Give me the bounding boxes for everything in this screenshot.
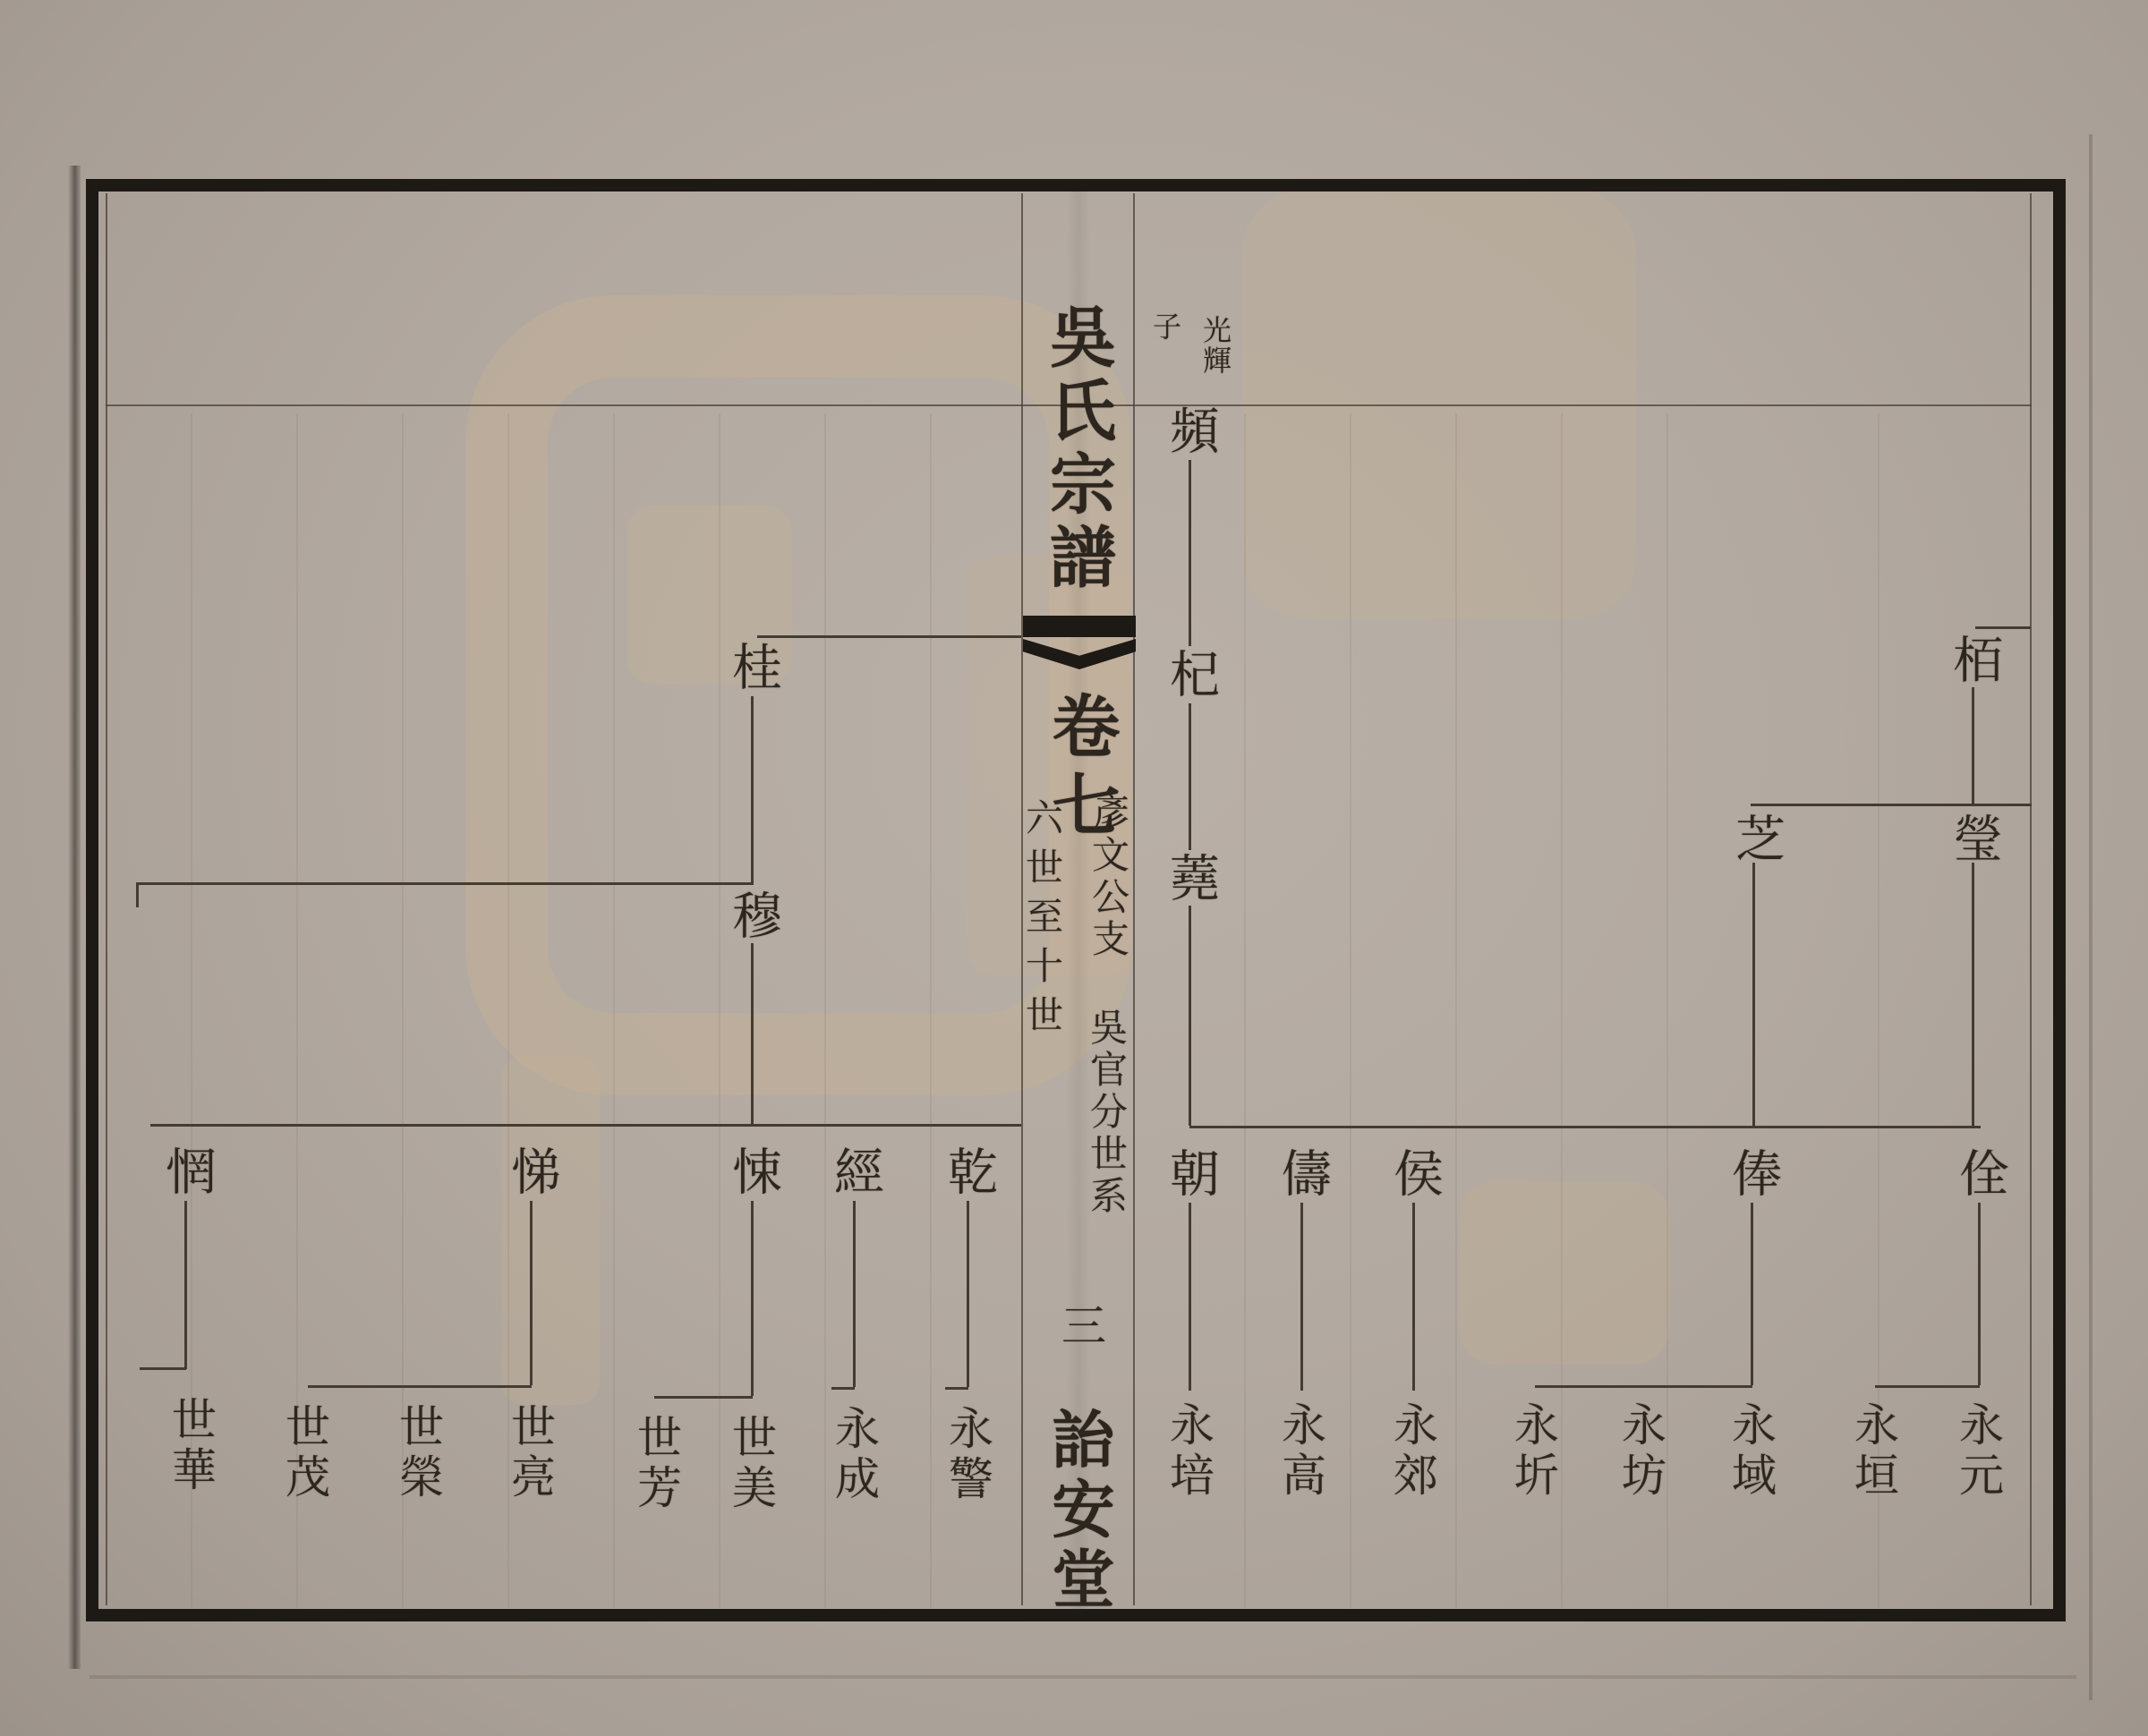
tree-line xyxy=(1975,626,2031,629)
tree-line xyxy=(184,1201,187,1369)
node-shimao: 世茂 xyxy=(282,1403,327,1503)
tree-line xyxy=(1189,460,1191,646)
tree-line xyxy=(1300,1203,1303,1391)
node-zhi: 芝 xyxy=(1731,813,1781,866)
children-bracket xyxy=(308,1385,532,1388)
tree-line xyxy=(1972,687,1974,804)
tree-line xyxy=(831,1387,855,1390)
node-yongyuan: 永垣 xyxy=(1851,1401,1896,1502)
branch-label: 彥文公支 xyxy=(1088,793,1126,961)
node-mu: 穆 xyxy=(728,889,778,943)
page-right-edge-shadow xyxy=(2089,134,2093,1700)
node-hou: 侯 xyxy=(1389,1147,1439,1201)
node-gui: 桂 xyxy=(728,641,778,694)
tree-line xyxy=(1972,863,1974,1126)
hall-name: 詒安堂 xyxy=(1045,1407,1108,1616)
node-rao: 蕘 xyxy=(1165,852,1215,906)
tree-line xyxy=(751,943,754,1124)
node-yongqi: 永圻 xyxy=(1511,1401,1556,1502)
tree-line xyxy=(967,1201,969,1387)
node-shimei: 世美 xyxy=(729,1414,773,1514)
node-ti: 悌 xyxy=(507,1145,557,1199)
node-yongpei: 永培 xyxy=(1166,1401,1211,1502)
sibling-line xyxy=(150,1124,1021,1127)
node-shirong: 世榮 xyxy=(396,1403,440,1503)
tree-line xyxy=(136,882,754,885)
tree-line xyxy=(853,1201,856,1387)
node-yongjiao: 永郊 xyxy=(1390,1401,1435,1502)
tree-line xyxy=(136,882,139,907)
book-title: 吳氏宗譜 xyxy=(1044,302,1110,596)
tree-line xyxy=(1751,804,2032,806)
node-yonggao: 永高 xyxy=(1278,1401,1323,1502)
node-wang: 惘 xyxy=(161,1145,211,1199)
tree-line xyxy=(1751,1203,1753,1385)
node-shifang: 世芳 xyxy=(634,1414,678,1514)
page-bottom-edge-shadow xyxy=(89,1675,2076,1679)
tree-line xyxy=(1978,1203,1981,1385)
tree-line xyxy=(1752,863,1755,1126)
node-yongjing: 永警 xyxy=(945,1405,990,1505)
node-jing: 經 xyxy=(830,1145,880,1199)
page-number: 三 xyxy=(1058,1302,1103,1350)
children-bracket xyxy=(1875,1385,1980,1388)
scanned-genealogy-spread: 吳氏宗譜 卷七 彥文公支 吳官分世系 六世至十世 三 詒安堂 子 光輝 頻 杞 … xyxy=(0,0,2148,1736)
tree-line xyxy=(757,635,1021,638)
tree-line xyxy=(1189,1203,1191,1391)
lineage-label: 吳官分世系 xyxy=(1087,1008,1124,1218)
node-quan: 佺 xyxy=(1955,1147,2005,1201)
node-yongyu: 永域 xyxy=(1728,1401,1773,1502)
fishtail-mark xyxy=(1023,616,1136,637)
tree-line xyxy=(1412,1203,1415,1391)
children-bracket xyxy=(1535,1385,1752,1388)
node-ying: 瑩 xyxy=(1948,813,1999,866)
node-yongyuan2: 永元 xyxy=(1956,1401,2000,1502)
note-name: 光輝 xyxy=(1201,315,1230,376)
tree-line xyxy=(751,696,754,882)
node-song: 悚 xyxy=(728,1145,778,1199)
node-bai: 栢 xyxy=(1948,634,1999,687)
tree-line xyxy=(751,1201,754,1396)
tree-line xyxy=(1189,703,1191,850)
tree-line xyxy=(945,1387,968,1390)
page-left-edge-shadow xyxy=(68,166,81,1669)
tree-line xyxy=(140,1367,186,1370)
note-son-label: 子 xyxy=(1151,311,1180,342)
generation-range-label: 六世至十世 xyxy=(1022,798,1060,1044)
children-bracket xyxy=(654,1396,753,1399)
tree-line xyxy=(530,1201,533,1385)
node-pin: 頻 xyxy=(1165,404,1215,458)
node-yongcheng: 永成 xyxy=(831,1405,876,1505)
node-chou: 儔 xyxy=(1277,1147,1327,1201)
sibling-line xyxy=(1189,1126,1981,1128)
node-qi: 杞 xyxy=(1165,648,1215,702)
node-shiliang: 世亮 xyxy=(507,1403,552,1503)
node-feng: 俸 xyxy=(1727,1147,1777,1201)
tree-line xyxy=(1189,906,1191,1126)
node-shihua: 世華 xyxy=(168,1396,213,1496)
node-yongfang: 永坊 xyxy=(1618,1401,1663,1502)
node-qian: 乾 xyxy=(943,1145,993,1199)
node-chao: 朝 xyxy=(1165,1147,1215,1201)
